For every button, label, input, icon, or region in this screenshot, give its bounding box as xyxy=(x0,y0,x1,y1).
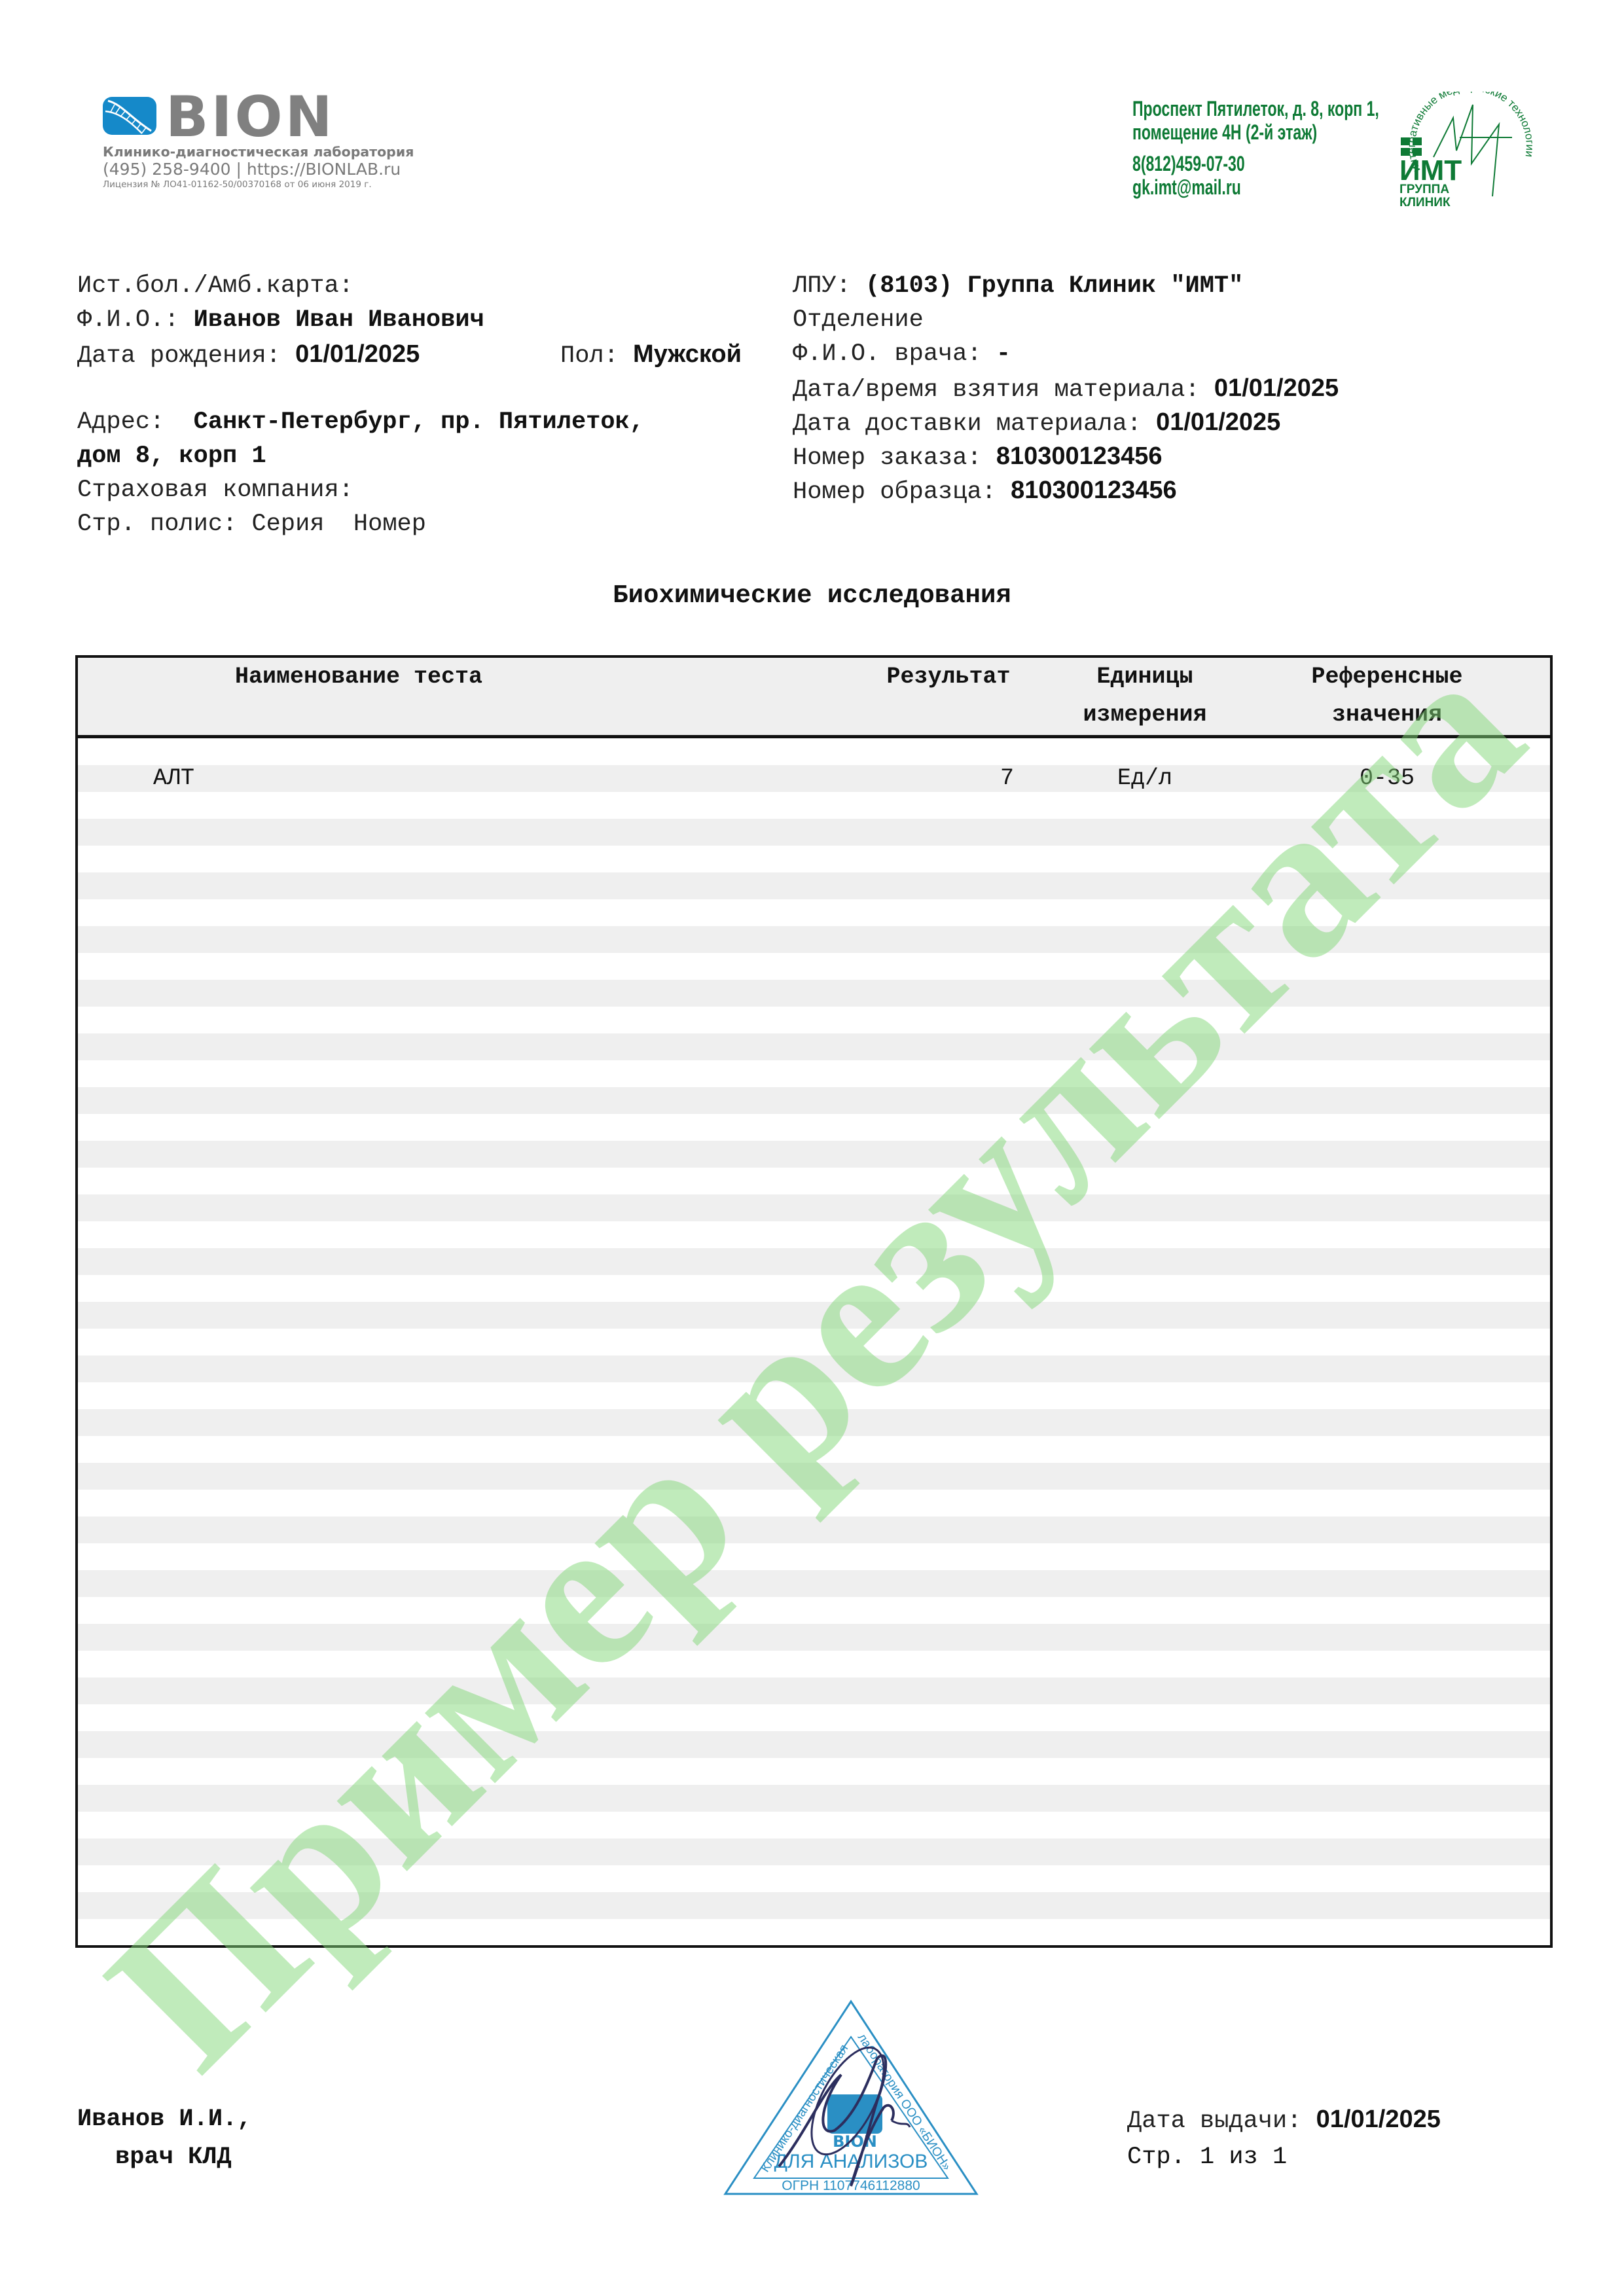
address-field-line2: дом 8, корп 1 xyxy=(77,439,266,473)
referring-doctor-value: - xyxy=(996,340,1011,368)
column-header-result: Результат xyxy=(870,658,1027,696)
column-header-units-line2: измерения xyxy=(1060,696,1230,734)
sample-number-field: Номер образца: 810300123456 xyxy=(793,473,1177,509)
address-value-line1: Санкт-Петербург, пр. Пятилеток, xyxy=(194,408,644,436)
order-number-value: 810300123456 xyxy=(996,442,1163,470)
lpu-value: (8103) Группа Клиник "ИМТ" xyxy=(865,272,1243,300)
sampling-date-value: 01/01/2025 xyxy=(1214,374,1339,402)
signing-doctor-name: Иванов И.И., xyxy=(77,2101,251,2138)
lpu-label: ЛПУ: xyxy=(793,272,851,300)
dob-value: 01/01/2025 xyxy=(295,340,420,368)
policy-number: Номер xyxy=(353,511,426,538)
results-table: Наименование теста Результат Единицы изм… xyxy=(75,655,1553,1948)
sampling-date-label: Дата/время взятия материала: xyxy=(793,376,1200,404)
sex-field: Пол: Мужской xyxy=(560,337,742,373)
referring-doctor-label: Ф.И.О. врача: xyxy=(793,340,982,368)
section-title: Биохимические исследования xyxy=(0,581,1624,610)
table-body: АЛТ7Ед/л0-35 xyxy=(78,738,1550,1945)
patient-name-label: Ф.И.О.: xyxy=(77,306,179,334)
insurance-label: Страховая компания: xyxy=(77,476,353,504)
sampling-date-field: Дата/время взятия материала: 01/01/2025 xyxy=(793,371,1339,407)
policy-label: Стр. полис: xyxy=(77,511,237,538)
sample-number-label: Номер образца: xyxy=(793,478,996,506)
policy-field: Стр. полис: Серия Номер xyxy=(77,507,426,541)
bion-license: Лицензия № ЛО41-01162-50/00370168 от 06 … xyxy=(103,179,372,190)
patient-name-value: Иванов Иван Иванович xyxy=(194,306,484,334)
test-name-cell: АЛТ xyxy=(153,765,194,792)
delivery-date-value: 01/01/2025 xyxy=(1156,408,1280,436)
policy-series: Серия xyxy=(251,511,324,538)
imt-address-line2: помещение 4Н (2-й этаж) xyxy=(1132,120,1379,144)
card-field: Ист.бол./Амб.карта: xyxy=(77,269,353,303)
sex-value: Мужской xyxy=(633,340,742,368)
sample-number-value: 810300123456 xyxy=(1011,476,1177,504)
page-counter: Стр. 1 из 1 xyxy=(1127,2139,1287,2176)
sex-label: Пол: xyxy=(560,342,619,370)
column-header-units-line1: Единицы xyxy=(1060,658,1230,696)
signing-doctor-title: врач КЛД xyxy=(115,2139,232,2176)
imt-logo-big: ИМТ xyxy=(1399,154,1462,187)
column-header-reference: Референсные значения xyxy=(1276,658,1498,734)
delivery-date-field: Дата доставки материала: 01/01/2025 xyxy=(793,405,1280,441)
order-number-label: Номер заказа: xyxy=(793,444,982,472)
units-cell: Ед/л xyxy=(1060,765,1230,792)
imt-logo-line2: КЛИНИК xyxy=(1399,196,1451,209)
address-field: Адрес: Санкт-Петербург, пр. Пятилеток, xyxy=(77,405,644,439)
insurance-field: Страховая компания: xyxy=(77,473,353,507)
table-header: Наименование теста Результат Единицы изм… xyxy=(78,658,1550,738)
issue-date-field: Дата выдачи: 01/01/2025 xyxy=(1127,2101,1441,2140)
referring-doctor-field: Ф.И.О. врача: - xyxy=(793,337,1011,371)
result-cell: 7 xyxy=(870,765,1014,792)
imt-email[interactable]: gk.imt@mail.ru xyxy=(1132,175,1379,199)
imt-phone: 8(812)459-07-30 xyxy=(1132,152,1379,175)
issue-date-value: 01/01/2025 xyxy=(1316,2106,1441,2133)
dna-icon xyxy=(103,97,156,135)
imt-logo: интегративные медицинские технологии ИМТ… xyxy=(1394,92,1538,209)
imt-logo-line1: ГРУППА xyxy=(1399,183,1449,196)
lpu-field: ЛПУ: (8103) Группа Клиник "ИМТ" xyxy=(793,269,1243,303)
dob-field: Дата рождения: 01/01/2025 xyxy=(77,337,420,373)
reference-cell: 0-35 xyxy=(1276,765,1498,792)
address-value-line2: дом 8, корп 1 xyxy=(77,442,266,470)
bion-subtitle: Клинико-диагностическая лаборатория xyxy=(103,144,414,160)
dob-label: Дата рождения: xyxy=(77,342,281,370)
column-header-reference-line2: значения xyxy=(1276,696,1498,734)
table-row: АЛТ7Ед/л0-35 xyxy=(78,765,1550,792)
column-header-name: Наименование теста xyxy=(235,658,549,696)
bion-wordmark: BION xyxy=(166,89,335,145)
issue-date-label: Дата выдачи: xyxy=(1127,2108,1301,2135)
department-label: Отделение xyxy=(793,306,924,334)
department-field: Отделение xyxy=(793,303,924,337)
lab-stamp: Клинико-диагностическая лаборатория ООО … xyxy=(720,1996,982,2212)
stamp-purpose: ДЛЯ АНАЛИЗОВ xyxy=(774,2151,928,2172)
patient-name-field: Ф.И.О.: Иванов Иван Иванович xyxy=(77,303,484,337)
card-label: Ист.бол./Амб.карта: xyxy=(77,272,353,300)
bion-logo: BION Клинико-диагностическая лаборатория… xyxy=(103,93,391,191)
bion-contact: (495) 258-9400 | https://BIONLAB.ru xyxy=(103,160,401,179)
column-header-reference-line1: Референсные xyxy=(1276,658,1498,696)
delivery-date-label: Дата доставки материала: xyxy=(793,410,1142,438)
order-number-field: Номер заказа: 810300123456 xyxy=(793,439,1162,475)
column-header-units: Единицы измерения xyxy=(1060,658,1230,734)
address-label: Адрес: xyxy=(77,408,164,436)
imt-address-line1: Проспект Пятилеток, д. 8, корп 1, xyxy=(1132,97,1379,120)
